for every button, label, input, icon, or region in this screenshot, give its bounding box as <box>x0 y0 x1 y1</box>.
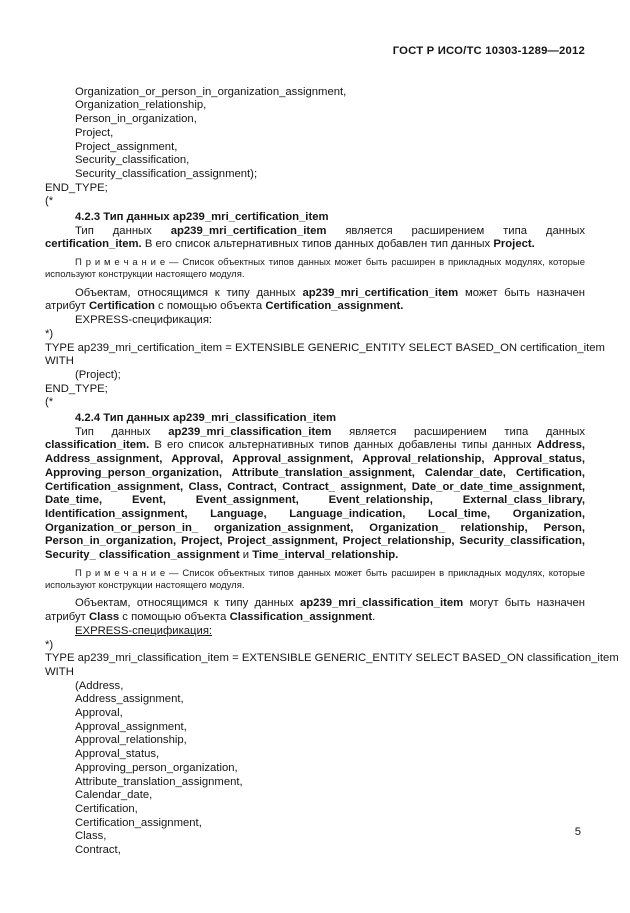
code-line: (Project); <box>45 369 585 383</box>
bold-term: Certification_assignment. <box>265 300 403 312</box>
document-page: ГОСТ Р ИСО/ТС 10303-1289—2012 Organizati… <box>0 0 630 913</box>
code-line: (* <box>45 195 585 209</box>
code-line: WITH <box>45 355 585 369</box>
code-line: Organization_or_person_in_organization_a… <box>45 86 585 100</box>
text-run: Тип данных <box>75 225 171 237</box>
code-line: Person_in_organization, <box>45 113 585 127</box>
note-423: П р и м е ч а н и е — Список объектных т… <box>45 257 585 282</box>
document-header-standard-number: ГОСТ Р ИСО/ТС 10303-1289—2012 <box>45 45 585 59</box>
code-line: (* <box>45 396 585 410</box>
section-heading-4-2-4: 4.2.4 Тип данных ap239_mri_classificatio… <box>45 412 585 426</box>
paragraph-423-objects: Объектам, относящимся к типу данных ap23… <box>45 287 585 314</box>
section-heading-4-2-3: 4.2.3 Тип данных ap239_mri_certification… <box>45 211 585 225</box>
bold-term: Class <box>89 611 119 623</box>
paragraph-424-objects: Объектам, относящимся к типу данных ap23… <box>45 597 585 624</box>
code-line: Contract, <box>45 844 585 858</box>
express-spec-label-text: EXPRESS-спецификация: <box>75 314 212 326</box>
code-line: (Address, <box>45 680 585 694</box>
code-line: Approval_relationship, <box>45 734 585 748</box>
code-line: TYPE ap239_mri_certification_item = EXTE… <box>45 342 585 356</box>
text-run: является расширением типа данных <box>331 426 585 438</box>
bold-term: classification_item. <box>45 439 149 451</box>
paragraph-423-intro: Тип данных ap239_mri_certification_item … <box>45 225 585 252</box>
code-line: Project_assignment, <box>45 141 585 155</box>
text-run: Объектам, относящимся к типу данных <box>75 597 300 609</box>
code-line: Approval_status, <box>45 748 585 762</box>
bold-term: certification_item. <box>45 238 142 250</box>
code-line: Security_classification_assignment); <box>45 168 585 182</box>
text-run: с помощью объекта <box>155 300 265 312</box>
text-run: В его список альтернативных типов данных… <box>142 238 494 250</box>
code-line: Attribute_translation_assignment, <box>45 776 585 790</box>
code-line: WITH <box>45 666 585 680</box>
bold-term: Address, Address_assignment, Approval, A… <box>45 439 585 561</box>
code-line: TYPE ap239_mri_classification_item = EXT… <box>45 652 585 666</box>
bold-term: ap239_mri_classification_item <box>168 426 331 438</box>
code-line: Approval_assignment, <box>45 721 585 735</box>
express-code-block-continued: Organization_or_person_in_organization_a… <box>45 86 585 209</box>
code-line: Security_classification, <box>45 154 585 168</box>
bold-term: Classification_assignment <box>230 611 373 623</box>
code-line: Organization_relationship, <box>45 99 585 113</box>
code-line: Certification_assignment, <box>45 817 585 831</box>
bold-term: Project. <box>493 238 534 250</box>
bold-term: ap239_mri_classification_item <box>300 597 463 609</box>
code-line: Approval, <box>45 707 585 721</box>
express-code-block-423: *)TYPE ap239_mri_certification_item = EX… <box>45 328 585 410</box>
bold-term: ap239_mri_certification_item <box>171 225 327 237</box>
note-424: П р и м е ч а н и е — Список объектных т… <box>45 568 585 593</box>
code-line: Approving_person_organization, <box>45 762 585 776</box>
bold-term: Time_interval_relationship. <box>252 549 398 561</box>
paragraph-424-intro: Тип данных ap239_mri_classification_item… <box>45 426 585 563</box>
text-run: Тип данных <box>75 426 168 438</box>
text-run: П р и м е ч а н и е — Список объектных т… <box>45 257 585 280</box>
text-run: П р и м е ч а н и е — Список объектных т… <box>45 568 585 591</box>
express-spec-label-text-underlined: EXPRESS-спецификация: <box>75 625 212 637</box>
express-code-block-424: *)TYPE ap239_mri_classification_item = E… <box>45 639 585 858</box>
code-line: *) <box>45 328 585 342</box>
text-run: . <box>372 611 375 623</box>
page-number: 5 <box>575 826 581 840</box>
express-spec-label-423: EXPRESS-спецификация: <box>45 314 585 328</box>
code-line: *) <box>45 639 585 653</box>
bold-term: Certification <box>89 300 155 312</box>
code-line: END_TYPE; <box>45 182 585 196</box>
code-line: Project, <box>45 127 585 141</box>
text-run: является расширением типа данных <box>326 225 585 237</box>
text-run: В его список альтернативных типов данных… <box>149 439 536 451</box>
code-line: Class, <box>45 830 585 844</box>
code-line: Calendar_date, <box>45 789 585 803</box>
code-line: END_TYPE; <box>45 383 585 397</box>
code-line: Address_assignment, <box>45 693 585 707</box>
express-spec-label-424: EXPRESS-спецификация: <box>45 625 585 639</box>
text-run: Объектам, относящимся к типу данных <box>75 287 302 299</box>
text-run: с помощью объекта <box>119 611 229 623</box>
bold-term: ap239_mri_certification_item <box>302 287 458 299</box>
code-line: Certification, <box>45 803 585 817</box>
text-run: и <box>240 549 253 561</box>
